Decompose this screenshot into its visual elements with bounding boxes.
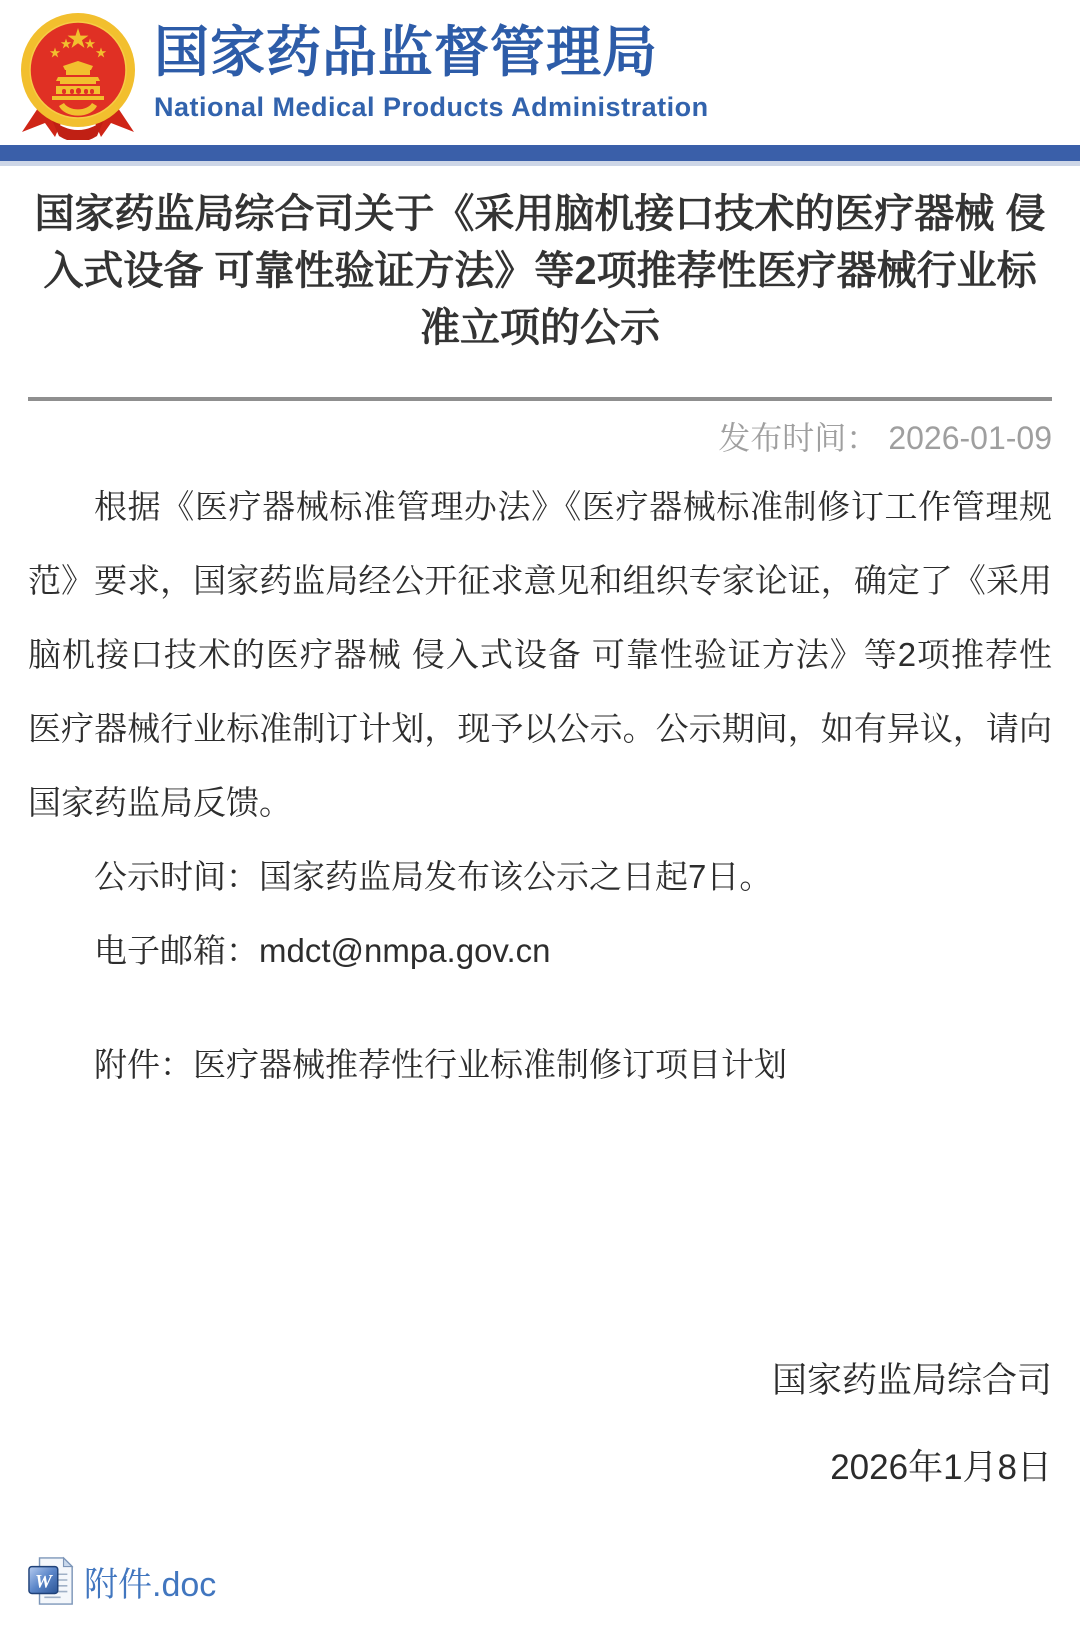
attachment-link[interactable]: 附件.doc [84, 1557, 216, 1606]
publish-date-value: 2026-01-09 [888, 420, 1052, 456]
word-document-icon: W [28, 1555, 76, 1607]
header-accent-strip [0, 161, 1080, 166]
attachment-row: W 附件.doc [28, 1555, 1052, 1607]
publish-date-row: 发布时间：2026-01-09 [28, 418, 1052, 458]
org-name-cn: 国家药品监督管理局 [154, 22, 709, 83]
paragraph-basis: 根据《医疗器械标准管理办法》《医疗器械标准制修订工作管理规范》要求，国家药监局经… [28, 470, 1052, 840]
svg-text:W: W [35, 1572, 54, 1593]
signature-org: 国家药监局综合司 [28, 1360, 1052, 1402]
article-title: 国家药监局综合司关于《采用脑机接口技术的医疗器械 侵入式设备 可靠性验证方法》等… [28, 186, 1052, 357]
article-content: 国家药监局综合司关于《采用脑机接口技术的医疗器械 侵入式设备 可靠性验证方法》等… [0, 186, 1080, 1607]
paragraph-attachment-note: 附件：医疗器械推荐性行业标准制修订项目计划 [28, 1028, 1052, 1102]
header-titles: 国家药品监督管理局 National Medical Products Admi… [154, 22, 709, 123]
paragraph-email: 电子邮箱：mdct@nmpa.gov.cn [28, 914, 1052, 988]
national-emblem-icon [18, 10, 138, 140]
paragraph-publicity-period: 公示时间：国家药监局发布该公示之日起7日。 [28, 840, 1052, 914]
org-name-en: National Medical Products Administration [154, 92, 709, 123]
article-body: 根据《医疗器械标准管理办法》《医疗器械标准制修订工作管理规范》要求，国家药监局经… [28, 470, 1052, 1102]
header-accent-bar [0, 145, 1080, 161]
publish-date-label: 发布时间： [718, 420, 878, 456]
site-header: 国家药品监督管理局 National Medical Products Admi… [0, 0, 1080, 145]
title-divider [28, 397, 1052, 401]
notice-page: 国家药品监督管理局 National Medical Products Admi… [0, 0, 1080, 1636]
signature-date: 2026年1月8日 [28, 1447, 1052, 1489]
signature-block: 国家药监局综合司 2026年1月8日 [28, 1360, 1052, 1489]
